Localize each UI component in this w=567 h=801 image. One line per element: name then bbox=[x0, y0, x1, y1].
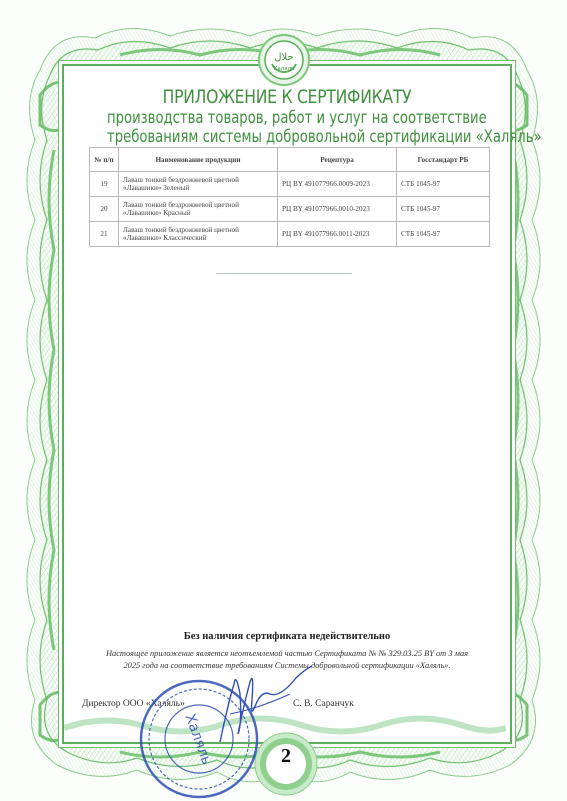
svg-text:حلال: حلال bbox=[274, 52, 293, 63]
table-row: 21 Лаваш тонкий бездрожжевой цветной «Ла… bbox=[90, 222, 490, 247]
product-name: Лаваш тонкий бездрожжевой цветной «Лаваш… bbox=[119, 172, 278, 197]
note-line-1: Настоящее приложение является неотъемлем… bbox=[72, 648, 502, 660]
column-header-product: Наименование продукции bbox=[119, 148, 278, 172]
column-header-recipe: Рецептура bbox=[278, 148, 397, 172]
recipe-code: РЦ BY 491077966.0009-2023 bbox=[278, 172, 397, 197]
halal-emblem-icon: حلال Халяль bbox=[258, 34, 310, 86]
standard-code: СТБ 1045-97 bbox=[397, 222, 490, 247]
subtitle-line-2: требованиям системы добровольной сертифи… bbox=[107, 127, 467, 146]
row-number: 20 bbox=[90, 197, 119, 222]
invalid-notice: Без наличия сертификата недействительно bbox=[62, 631, 512, 642]
subtitle-line-1: производства товаров, работ и услуг на с… bbox=[107, 108, 467, 127]
recipe-code: РЦ BY 491077966.0011-2023 bbox=[278, 222, 397, 247]
page-title: ПРИЛОЖЕНИЕ К СЕРТИФИКАТУ bbox=[103, 86, 472, 108]
row-number: 21 bbox=[90, 222, 119, 247]
page-number: 2 bbox=[254, 745, 318, 768]
table-row: 20 Лаваш тонкий бездрожжевой цветной «Ла… bbox=[90, 197, 490, 222]
standard-code: СТБ 1045-97 bbox=[397, 172, 490, 197]
product-name: Лаваш тонкий бездрожжевой цветной «Лаваш… bbox=[119, 222, 278, 247]
signature-icon bbox=[200, 664, 320, 744]
column-header-number: № п/п bbox=[90, 148, 119, 172]
table-row: 19 Лаваш тонкий бездрожжевой цветной «Ла… bbox=[90, 172, 490, 197]
products-table: № п/п Наименование продукции Рецептура Г… bbox=[89, 147, 490, 247]
table-header-row: № п/п Наименование продукции Рецептура Г… bbox=[90, 148, 490, 172]
certificate-header: ПРИЛОЖЕНИЕ К СЕРТИФИКАТУ производства то… bbox=[62, 86, 512, 146]
product-name: Лаваш тонкий бездрожжевой цветной «Лаваш… bbox=[119, 197, 278, 222]
svg-text:Халяль: Халяль bbox=[274, 66, 295, 72]
column-header-standard: Госстандарт РБ bbox=[397, 148, 490, 172]
recipe-code: РЦ BY 491077966.0010-2023 bbox=[278, 197, 397, 222]
row-number: 19 bbox=[90, 172, 119, 197]
standard-code: СТБ 1045-97 bbox=[397, 197, 490, 222]
separator-line bbox=[216, 273, 352, 274]
